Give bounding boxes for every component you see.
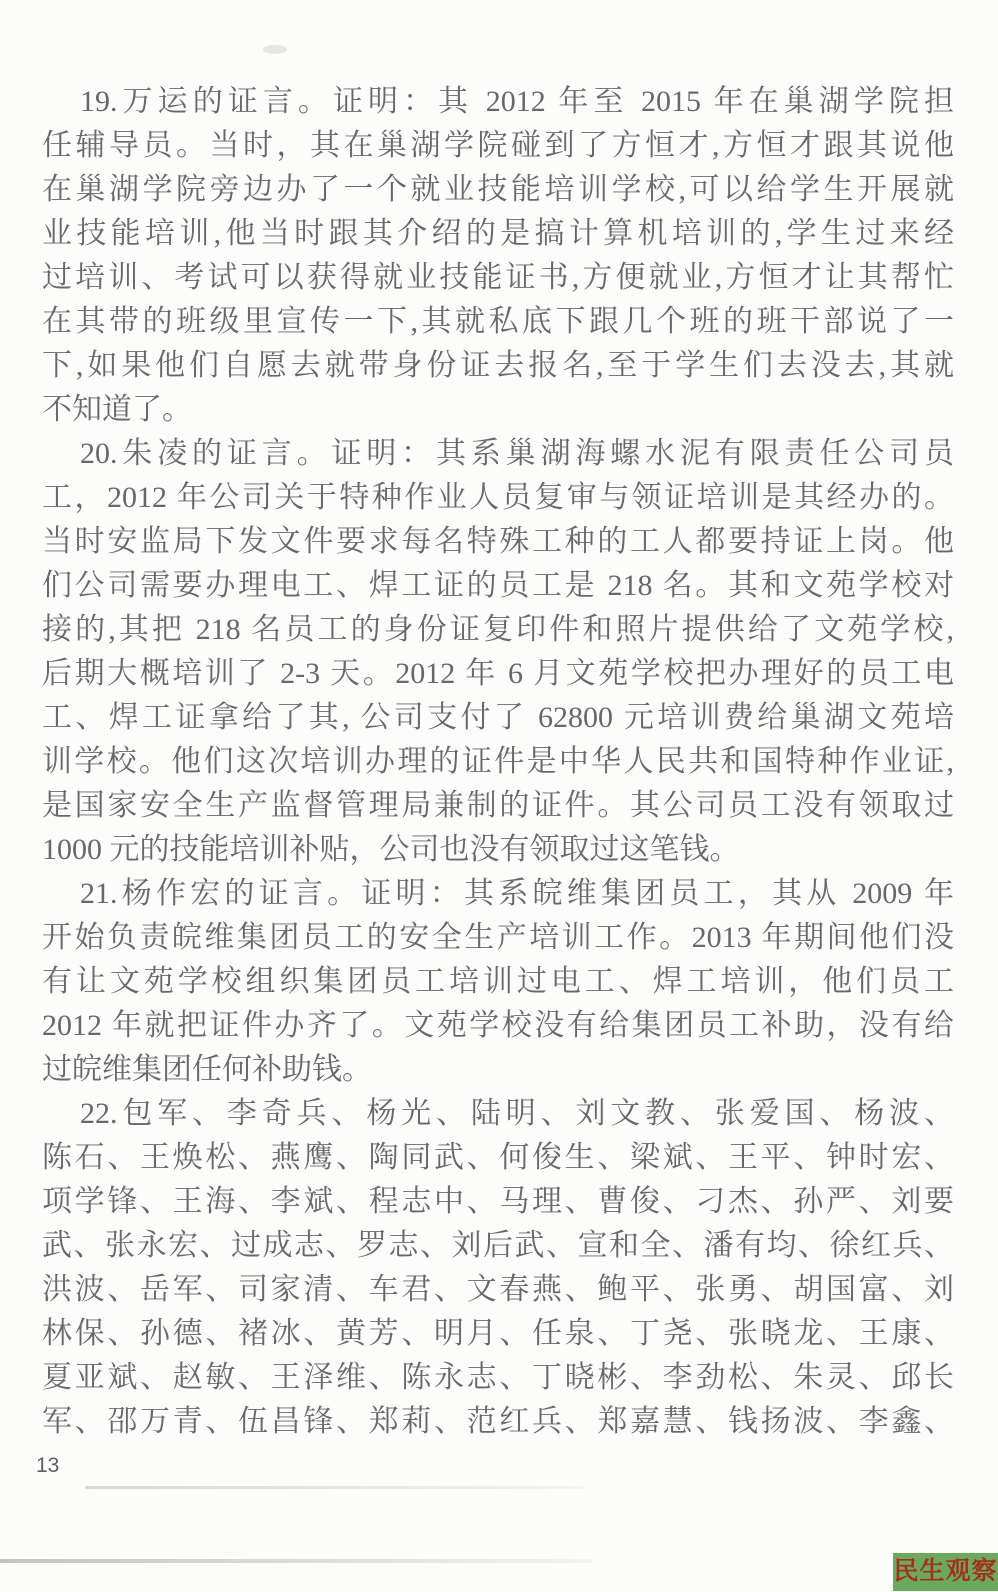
scan-smudge <box>263 45 287 54</box>
scanned-page: 19.万运的证言。证明：其 2012 年至 2015 年在巢湖学院担任辅导员。当… <box>0 0 998 1592</box>
text-line: 19.万运的证言。证明：其 2012 年至 2015 年在巢湖学院担 <box>42 80 954 124</box>
text-line: 业技能培训,他当时跟其介绍的是搞计算机培训的,学生过来经 <box>42 212 954 256</box>
text-line: 当时安监局下发文件要求每名特殊工种的工人都要持证上岗。他 <box>42 520 954 564</box>
text-line: 洪波、岳军、司家清、车君、文春燕、鲍平、张勇、胡国富、刘 <box>42 1268 954 1312</box>
paragraph-19-testimony-wanyun: 19.万运的证言。证明：其 2012 年至 2015 年在巢湖学院担任辅导员。当… <box>42 80 954 432</box>
text-line: 工、焊工证拿给了其, 公司支付了 62800 元培训费给巢湖文苑培 <box>42 696 954 740</box>
text-line: 武、张永宏、过成志、罗志、刘后武、宣和全、潘有均、徐红兵、 <box>42 1224 954 1268</box>
text-line: 20.朱凌的证言。证明：其系巢湖海螺水泥有限责任公司员 <box>42 432 954 476</box>
text-line: 是国家安全生产监督管理局兼制的证件。其公司员工没有领取过 <box>42 784 954 828</box>
paragraph-20-testimony-zhuling: 20.朱凌的证言。证明：其系巢湖海螺水泥有限责任公司员工，2012 年公司关于特… <box>42 432 954 872</box>
text-line: 过皖维集团任何补助钱。 <box>42 1048 954 1092</box>
watermark-badge: 民生观察 <box>893 1553 998 1591</box>
text-line: 下,如果他们自愿去就带身份证去报名,至于学生们去没去,其就 <box>42 344 954 388</box>
text-line: 任辅导员。当时，其在巢湖学院碰到了方恒才,方恒才跟其说他 <box>42 124 954 168</box>
text-line: 2012 年就把证件办齐了。文苑学校没有给集团员工补助，没有给 <box>42 1004 954 1048</box>
text-line: 开始负责皖维集团员工的安全生产培训工作。2013 年期间他们没 <box>42 916 954 960</box>
text-line: 不知道了。 <box>42 388 954 432</box>
document-text: 19.万运的证言。证明：其 2012 年至 2015 年在巢湖学院担任辅导员。当… <box>42 80 954 1444</box>
page-number: 13 <box>36 1454 59 1478</box>
text-line: 们公司需要办理电工、焊工证的员工是 218 名。其和文苑学校对 <box>42 564 954 608</box>
text-line: 在巢湖学院旁边办了一个就业技能培训学校,可以给学生开展就 <box>42 168 954 212</box>
text-line: 后期大概培训了 2-3 天。2012 年 6 月文苑学校把办理好的员工电 <box>42 652 954 696</box>
text-line: 22.包军、李奇兵、杨光、陆明、刘文教、张爱国、杨波、 <box>42 1092 954 1136</box>
text-line: 军、邵万青、伍昌锋、郑莉、范红兵、郑嘉慧、钱扬波、李鑫、 <box>42 1400 954 1444</box>
text-line: 林保、孙德、褚冰、黄芳、明月、任泉、丁尧、张晓龙、王康、 <box>42 1312 954 1356</box>
text-line: 接的,其把 218 名员工的身份证复印件和照片提供给了文苑学校, <box>42 608 954 652</box>
text-line: 训学校。他们这次培训办理的证件是中华人民共和国特种作业证, <box>42 740 954 784</box>
text-line: 项学锋、王海、李斌、程志中、马理、曹俊、刁杰、孙严、刘要 <box>42 1180 954 1224</box>
text-line: 21.杨作宏的证言。证明：其系皖维集团员工，其从 2009 年 <box>42 872 954 916</box>
scan-artifact-line-1 <box>85 1486 585 1489</box>
text-line: 1000 元的技能培训补贴，公司也没有领取过这笔钱。 <box>42 828 954 872</box>
text-line: 陈石、王焕松、燕鹰、陶同武、何俊生、梁斌、王平、钟时宏、 <box>42 1136 954 1180</box>
text-line: 夏亚斌、赵敏、王泽维、陈永志、丁晓彬、李劲松、朱灵、邱长 <box>42 1356 954 1400</box>
paragraph-22-name-list: 22.包军、李奇兵、杨光、陆明、刘文教、张爱国、杨波、陈石、王焕松、燕鹰、陶同武… <box>42 1092 954 1444</box>
paragraph-21-testimony-yangzuohong: 21.杨作宏的证言。证明：其系皖维集团员工，其从 2009 年开始负责皖维集团员… <box>42 872 954 1092</box>
text-line: 有让文苑学校组织集团员工培训过电工、焊工培训，他们员工 <box>42 960 954 1004</box>
text-line: 在其带的班级里宣传一下,其就私底下跟几个班的班干部说了一 <box>42 300 954 344</box>
text-line: 过培训、考试可以获得就业技能证书,方便就业,方恒才让其帮忙 <box>42 256 954 300</box>
scan-artifact-line-2 <box>0 1559 592 1563</box>
text-line: 工，2012 年公司关于特种作业人员复审与领证培训是其经办的。 <box>42 476 954 520</box>
